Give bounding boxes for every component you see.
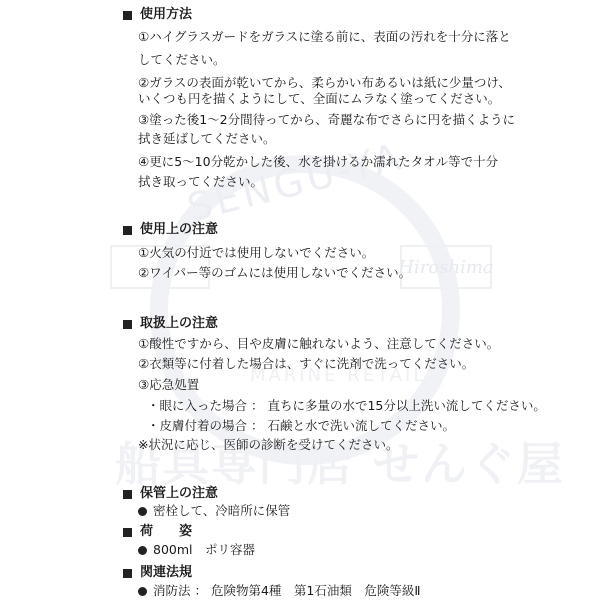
circle-bullet-icon <box>138 507 147 516</box>
heading-text: 使用方法 <box>140 7 192 23</box>
section-heading-handling-caution: 取扱上の注意 <box>123 316 218 332</box>
first-aid-line: ・眼に入った場合 ： 直ちに多量の水で15分以上洗い流してください。 <box>147 398 546 414</box>
circle-bullet-icon <box>138 546 147 555</box>
handling-caution-line: ②衣類等に付着した場合は、すぐに洗剤で洗ってください。 <box>138 356 474 372</box>
item-text: 密栓して、冷暗所に保管 <box>153 503 290 519</box>
square-bullet-icon <box>123 569 132 578</box>
section-heading-usage-caution: 使用上の注意 <box>123 222 218 238</box>
usage-caution-line: ②ワイパー等のゴムには使用しないでください。 <box>138 265 411 281</box>
usage-caution-line: ①火気の付近では使用しないでください。 <box>138 245 374 261</box>
usage-line: 拭き延ばしてください。 <box>138 131 276 147</box>
product-instructions: 使用方法 ①ハイグラスガードをガラスに塗る前に、表面の汚れを十分に落と してくだ… <box>0 0 600 600</box>
section-heading-regulations: 関連法規 <box>123 565 192 581</box>
square-bullet-icon <box>123 320 132 329</box>
usage-line: ①ハイグラスガードをガラスに塗る前に、表面の汚れを十分に落と <box>138 29 511 45</box>
item-text: 800ml ポリ容器 <box>153 542 255 558</box>
square-bullet-icon <box>123 11 132 20</box>
heading-text: 関連法規 <box>140 565 192 581</box>
item-text: 消防法 ： 危険物第4種 第1石油類 危険等級Ⅱ <box>153 583 421 599</box>
heading-text: 荷 姿 <box>140 524 192 540</box>
usage-line: ②ガラスの表面が乾いてから、柔らかい布あるいは紙に少量つけ、 <box>138 75 511 91</box>
heading-text: 保管上の注意 <box>140 486 218 502</box>
handling-caution-line: ①酸性ですから、目や皮膚に触れないよう、注意してください。 <box>138 336 499 352</box>
square-bullet-icon <box>123 490 132 499</box>
usage-line: ④更に5～10分乾かした後、水を掛けるか濡れたタオル等で十分 <box>138 154 498 170</box>
usage-line: してください。 <box>138 52 226 68</box>
packaging-item: 800ml ポリ容器 <box>138 542 255 558</box>
usage-line: 拭き取ってください。 <box>138 174 263 190</box>
heading-text: 使用上の注意 <box>140 222 218 238</box>
section-heading-usage: 使用方法 <box>123 7 192 23</box>
usage-line: いくつも円を描くようにして、全面にムラなく塗ってください。 <box>138 91 500 107</box>
section-heading-packaging: 荷 姿 <box>123 524 192 540</box>
first-aid-line: ・皮膚付着の場合 ： 石鹸と水で洗い流してください。 <box>147 418 455 434</box>
usage-line: ③塗った後1～2分間待ってから、奇麗な布でさらに円を描くように <box>138 112 515 128</box>
handling-caution-note: ※状況に応じ、医師の診断を受けてください。 <box>138 437 398 453</box>
heading-text: 取扱上の注意 <box>140 316 218 332</box>
regulations-item: 消防法 ： 危険物第4種 第1石油類 危険等級Ⅱ <box>138 583 421 599</box>
square-bullet-icon <box>123 226 132 235</box>
circle-bullet-icon <box>138 587 147 596</box>
section-heading-storage-caution: 保管上の注意 <box>123 486 218 502</box>
square-bullet-icon <box>123 528 132 537</box>
handling-caution-line: ③応急処置 <box>138 377 199 393</box>
storage-item: 密栓して、冷暗所に保管 <box>138 503 290 519</box>
